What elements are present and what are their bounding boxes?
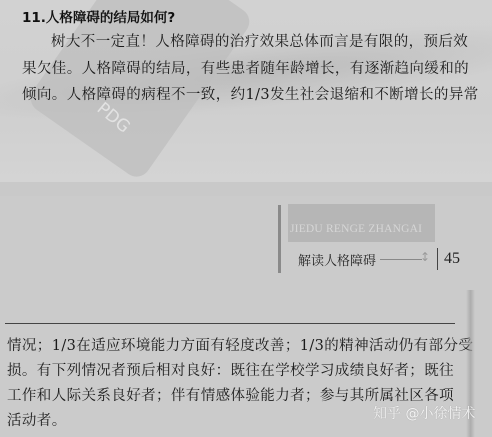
paragraph-line: 树大不一定直！人格障碍的治疗效果总体而言是有限的，预后效: [22, 29, 464, 56]
double-arrow-icon: ↕: [420, 250, 430, 264]
page-number-separator: [437, 248, 438, 270]
running-header-english: JIEDU RENGE ZHANGAI: [290, 223, 422, 235]
chapter-leader-line: [380, 259, 422, 260]
zhihu-watermark: 知乎 @小徐情术: [373, 403, 475, 423]
horizontal-rule: [5, 323, 455, 324]
section-heading: 11.人格障碍的结局如何?: [22, 6, 175, 26]
page-number: 45: [444, 250, 460, 268]
header-accent-bar: [278, 205, 281, 273]
paragraph-line: 情况；1/3在适应环境能力方面有轻度改善；1/3的精神活动仍有部分受: [7, 334, 457, 359]
paragraph-line: 倾向。人格障碍的病程不一致，约1/3发生社会退缩和不断增长的异常: [22, 82, 464, 109]
page-gap: [0, 182, 492, 196]
top-paragraph: 树大不一定直！人格障碍的治疗效果总体而言是有限的，预后效 果欠佳。人格障碍的结局…: [22, 29, 464, 109]
chapter-title: 解读人格障碍: [298, 250, 376, 269]
paragraph-line: 果欠佳。人格障碍的结局，有些患者随年龄增长，有逐渐趋向缓和的: [22, 56, 464, 83]
running-header-box: JIEDU RENGE ZHANGAI: [288, 204, 435, 242]
paragraph-line: 损。有下列情况者预后相对良好：既往在学校学习成绩良好者；既往: [7, 359, 457, 384]
